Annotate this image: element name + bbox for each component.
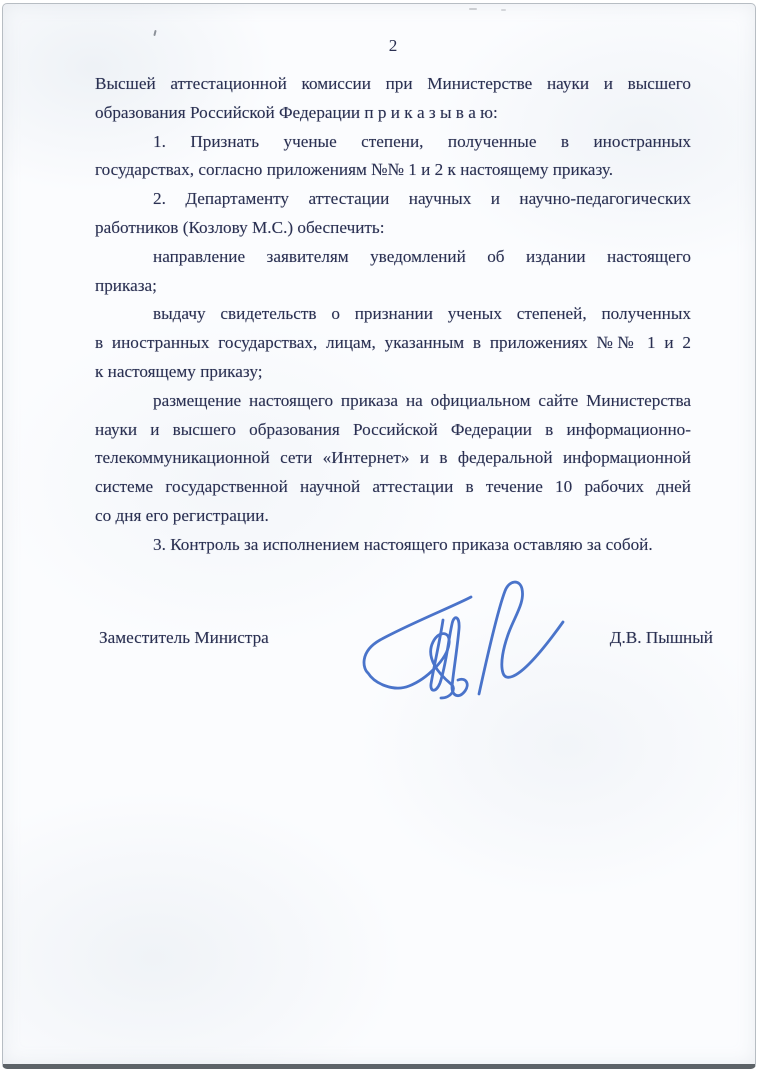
- signer-name: Д.В. Пышный: [610, 628, 713, 648]
- text-line: работников (Козлову М.С.) обеспечить:: [95, 214, 691, 243]
- text-line: 2. Департаменту аттестации научных и нау…: [95, 185, 691, 214]
- text-line: размещение настоящего приказа на официал…: [95, 387, 691, 416]
- text-line: системе государственной научной аттестац…: [95, 473, 691, 502]
- text-line: в иностранных государствах, лицам, указа…: [95, 329, 691, 358]
- text-line: со дня его регистрации.: [95, 502, 691, 531]
- text-line: телекоммуникационной сети «Интернет» и в…: [95, 444, 691, 473]
- signer-position: Заместитель Министра: [99, 628, 269, 648]
- text-line: государствах, согласно приложениям №№ 1 …: [95, 156, 691, 185]
- text-line: Высшей аттестационной комиссии при Минис…: [95, 70, 691, 99]
- handwritten-signature-icon: [339, 574, 569, 709]
- text-line: науки и высшего образования Российской Ф…: [95, 416, 691, 445]
- scan-artifact-speck: [469, 8, 477, 10]
- text-line: выдачу свидетельств о признании ученых с…: [95, 300, 691, 329]
- page-number: 2: [95, 36, 691, 56]
- text-line: 1. Признать ученые степени, полученные в…: [95, 128, 691, 157]
- document-body: Высшей аттестационной комиссии при Минис…: [95, 70, 691, 560]
- text-line: образования Российской Федерации п р и к…: [95, 99, 691, 128]
- text-line: 3. Контроль за исполнением настоящего пр…: [95, 531, 691, 560]
- text-line: направление заявителям уведомлений об из…: [95, 243, 691, 272]
- scanned-page: 2 Высшей аттестационной комиссии при Мин…: [2, 3, 756, 1069]
- scan-artifact-speck: [501, 9, 506, 11]
- text-line: приказа;: [95, 272, 691, 301]
- text-line: к настоящему приказу;: [95, 358, 691, 387]
